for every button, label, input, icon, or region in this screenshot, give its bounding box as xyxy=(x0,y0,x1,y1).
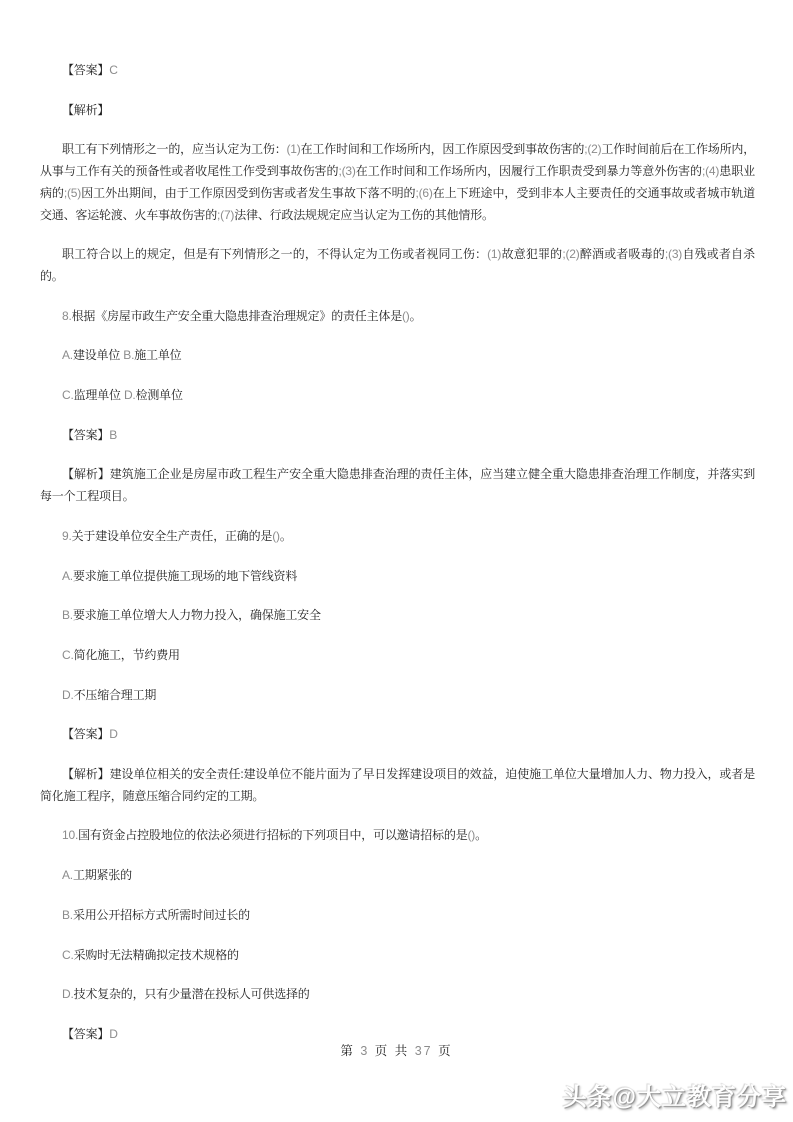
question-title: 8.根据《房屋市政生产安全重大隐患排查治理规定》的责任主体是()。 xyxy=(40,306,755,328)
option-row: B.要求施工单位增大人力物力投入，确保施工安全 xyxy=(40,605,755,627)
option-row: B.采用公开招标方式所需时间过长的 xyxy=(40,905,755,927)
analysis-line: 【解析】建设单位相关的安全责任:建设单位不能片面为了早日发挥建设项目的效益，迫使… xyxy=(40,764,755,807)
analysis-line: 【解析】建筑施工企业是房屋市政工程生产安全重大隐患排查治理的责任主体，应当建立健… xyxy=(40,464,755,507)
option-row: C.简化施工，节约费用 xyxy=(40,645,755,667)
analysis-label: 【解析】 xyxy=(40,100,755,122)
question-title: 10.国有资金占控股地位的依法必须进行招标的下列项目中，可以邀请招标的是()。 xyxy=(40,825,755,847)
document-page: 【答案】C【解析】职工有下列情形之一的，应当认定为工伤：(1)在工作时间和工作场… xyxy=(0,0,793,1122)
page-footer-text: 第 3 页 共 37 页 xyxy=(340,1044,452,1058)
option-row: A.建设单位 B.施工单位 xyxy=(40,345,755,367)
answer-line: 【答案】B xyxy=(40,425,755,447)
document-body: 【答案】C【解析】职工有下列情形之一的，应当认定为工伤：(1)在工作时间和工作场… xyxy=(0,0,793,1046)
body-paragraph: 职工有下列情形之一的，应当认定为工伤：(1)在工作时间和工作场所内，因工作原因受… xyxy=(40,139,755,226)
question-title: 9.关于建设单位安全生产责任，正确的是()。 xyxy=(40,526,755,548)
option-row: A.工期紧张的 xyxy=(40,865,755,887)
answer-line: 【答案】D xyxy=(40,724,755,746)
body-paragraph: 职工符合以上的规定，但是有下列情形之一的，不得认定为工伤或者视同工伤：(1)故意… xyxy=(40,244,755,287)
watermark: 头条@大立教育分享 xyxy=(563,1077,787,1112)
option-row: A.要求施工单位提供施工现场的地下管线资料 xyxy=(40,566,755,588)
answer-line: 【答案】C xyxy=(40,60,755,82)
option-row: C.监理单位 D.检测单位 xyxy=(40,385,755,407)
option-row: D.技术复杂的，只有少量潜在投标人可供选择的 xyxy=(40,984,755,1006)
option-row: D.不压缩合理工期 xyxy=(40,685,755,707)
page-footer: 第 3 页 共 37 页 xyxy=(0,1041,793,1059)
option-row: C.采购时无法精确拟定技术规格的 xyxy=(40,945,755,967)
